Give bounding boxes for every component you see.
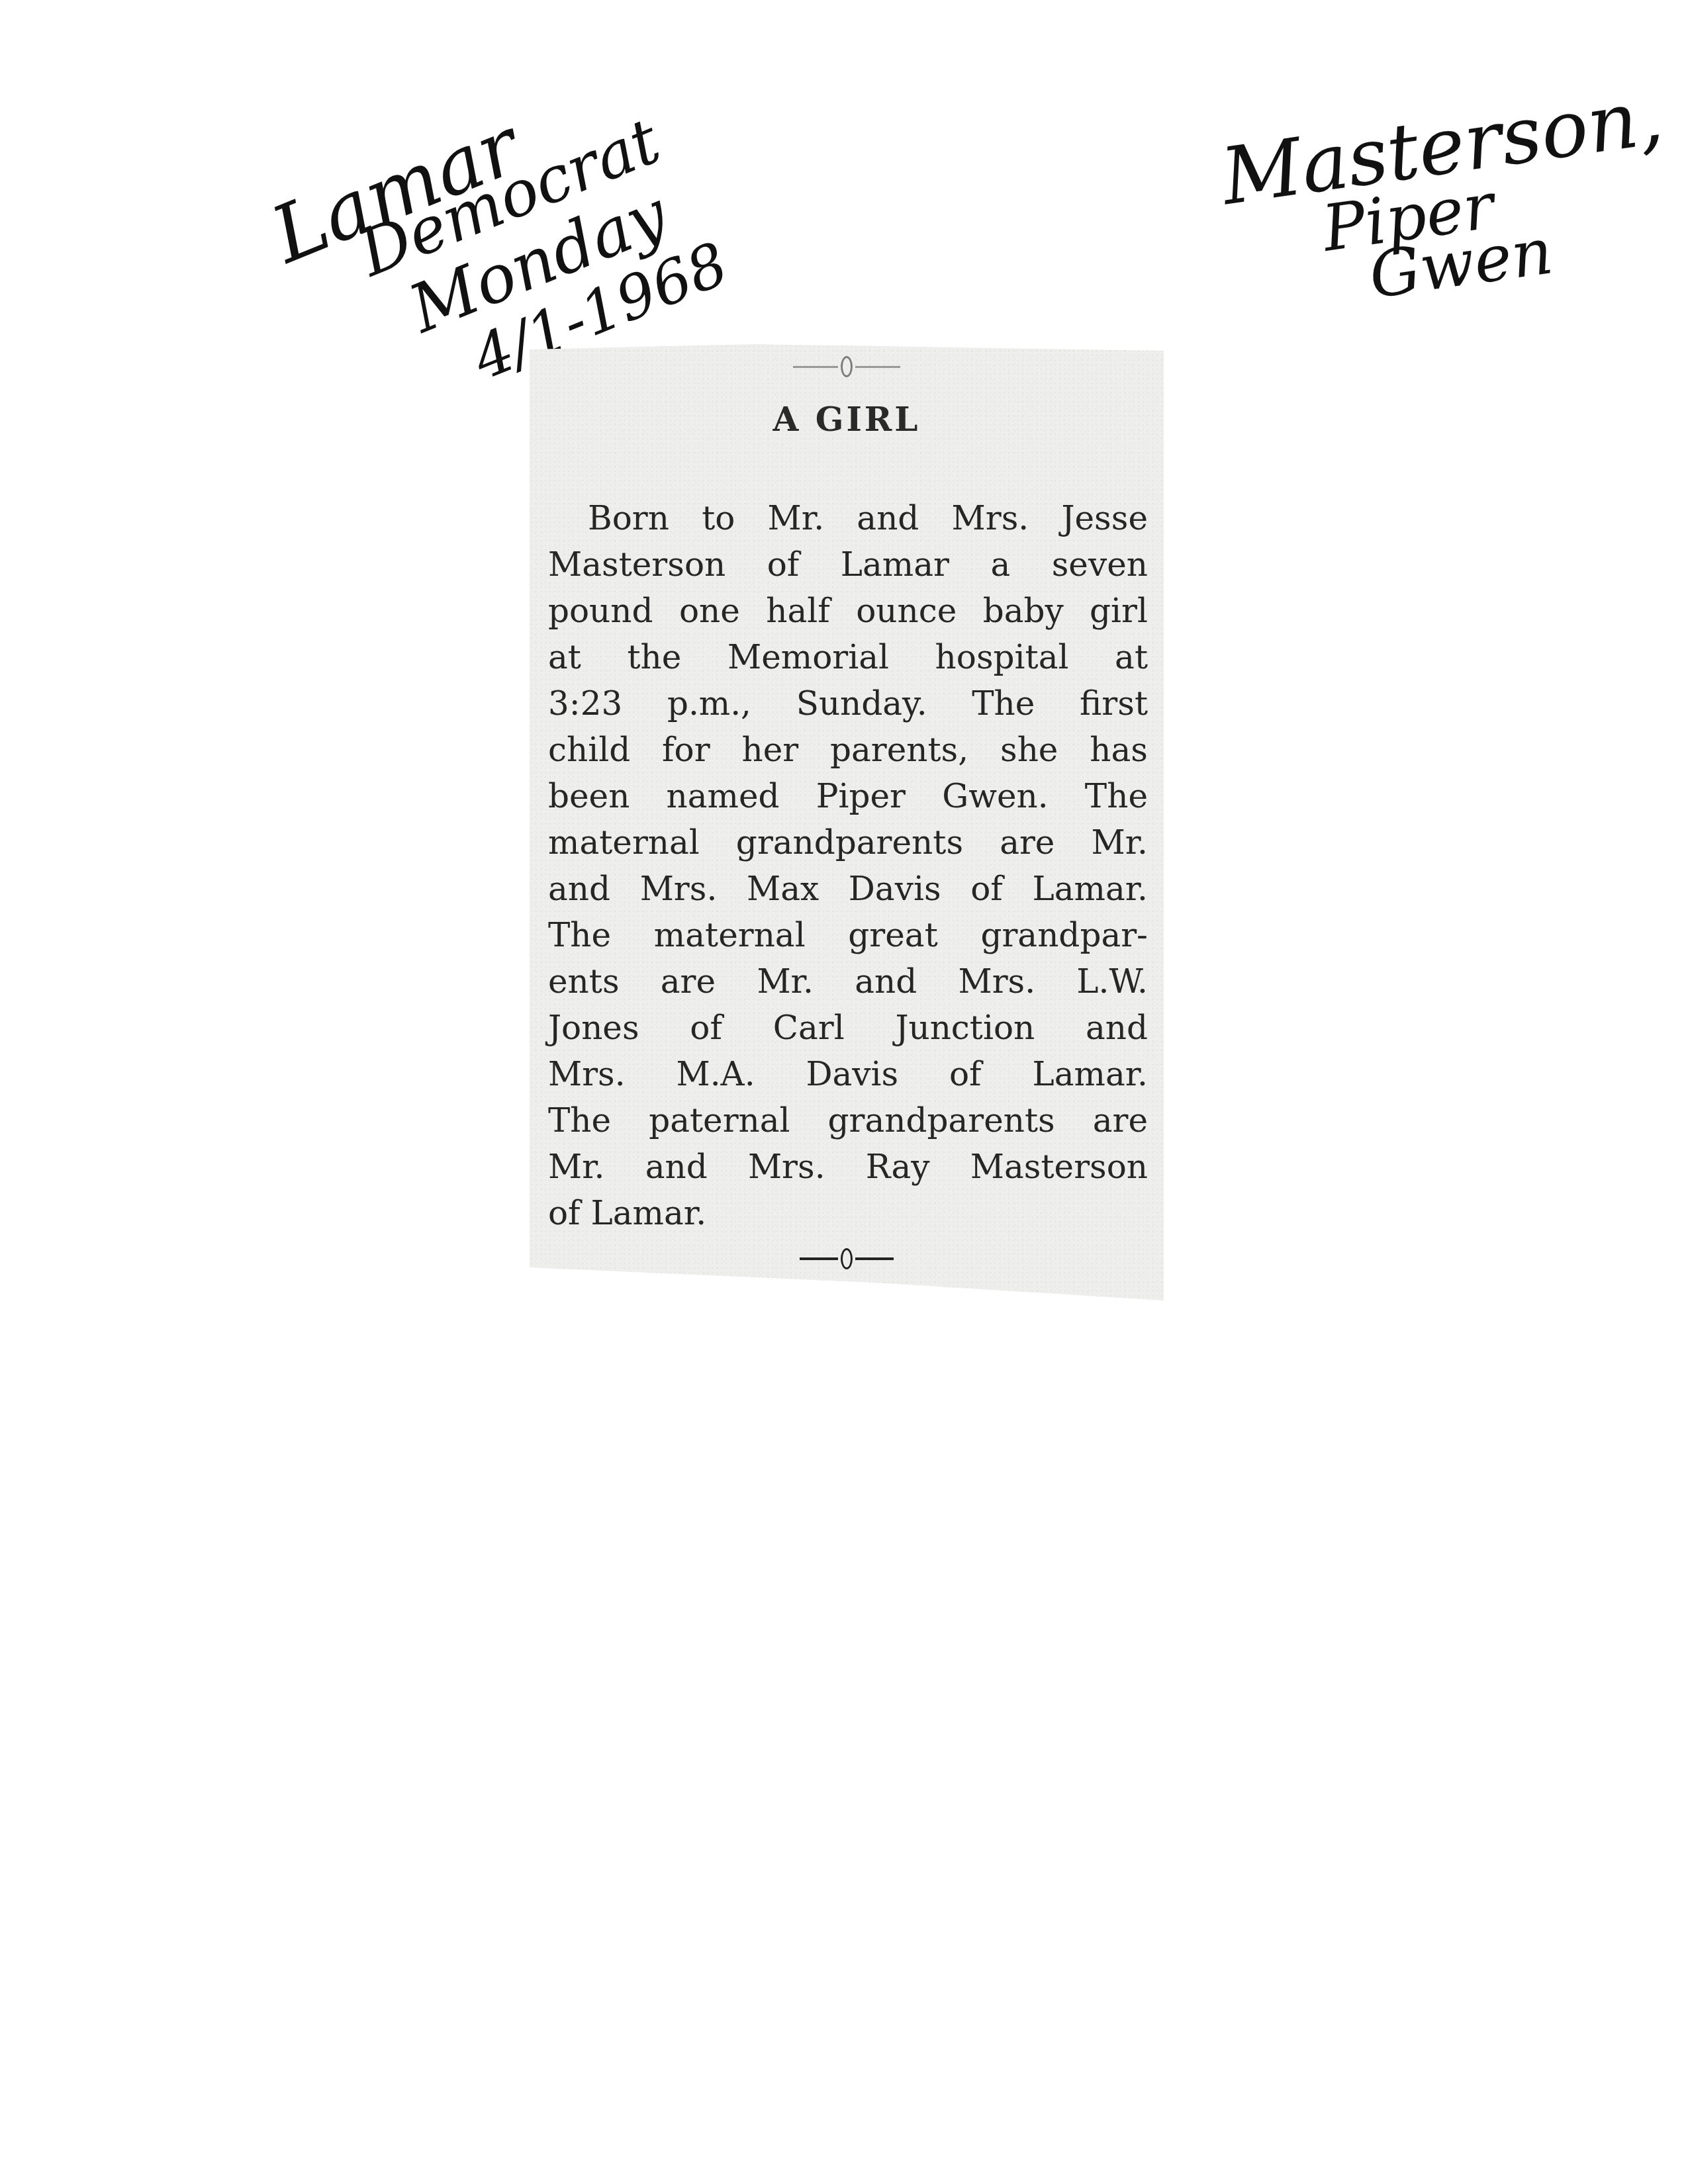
divider-rule <box>800 1257 838 1260</box>
newspaper-clipping: A GIRL Born to Mr. and Mrs. Jesse Master… <box>530 344 1164 1300</box>
article-line: at the Memorial hospital at <box>548 634 1148 680</box>
article-line: Jones of Carl Junction and <box>548 1005 1148 1051</box>
divider-ring-icon <box>841 1248 853 1269</box>
divider-ring-icon <box>841 356 853 377</box>
article-line: Mr. and Mrs. Ray Masterson <box>548 1144 1148 1190</box>
article-line: Masterson of Lamar a seven <box>548 541 1148 588</box>
article-line: 3:23 p.m., Sunday. The first <box>548 680 1148 727</box>
article-line: The maternal great grandpar- <box>548 912 1148 958</box>
article-line: Born to Mr. and Mrs. Jesse <box>548 495 1148 541</box>
article-line: been named Piper Gwen. The <box>548 773 1148 819</box>
article-line: and Mrs. Max Davis of Lamar. <box>548 866 1148 912</box>
divider-rule <box>855 366 900 368</box>
article-line: of Lamar. <box>548 1190 1148 1236</box>
top-divider-ornament <box>793 356 900 377</box>
article-headline: A GIRL <box>530 400 1164 439</box>
bottom-divider-ornament <box>800 1248 894 1269</box>
divider-rule <box>855 1257 894 1260</box>
article-line: Mrs. M.A. Davis of Lamar. <box>548 1051 1148 1097</box>
article-line: pound one half ounce baby girl <box>548 588 1148 634</box>
divider-rule <box>793 366 838 368</box>
article-body: Born to Mr. and Mrs. Jesse Masterson of … <box>548 495 1148 1236</box>
article-line: maternal grandparents are Mr. <box>548 819 1148 866</box>
article-line: child for her parents, she has <box>548 727 1148 773</box>
article-line: The paternal grandparents are <box>548 1097 1148 1144</box>
article-line: ents are Mr. and Mrs. L.W. <box>548 958 1148 1005</box>
